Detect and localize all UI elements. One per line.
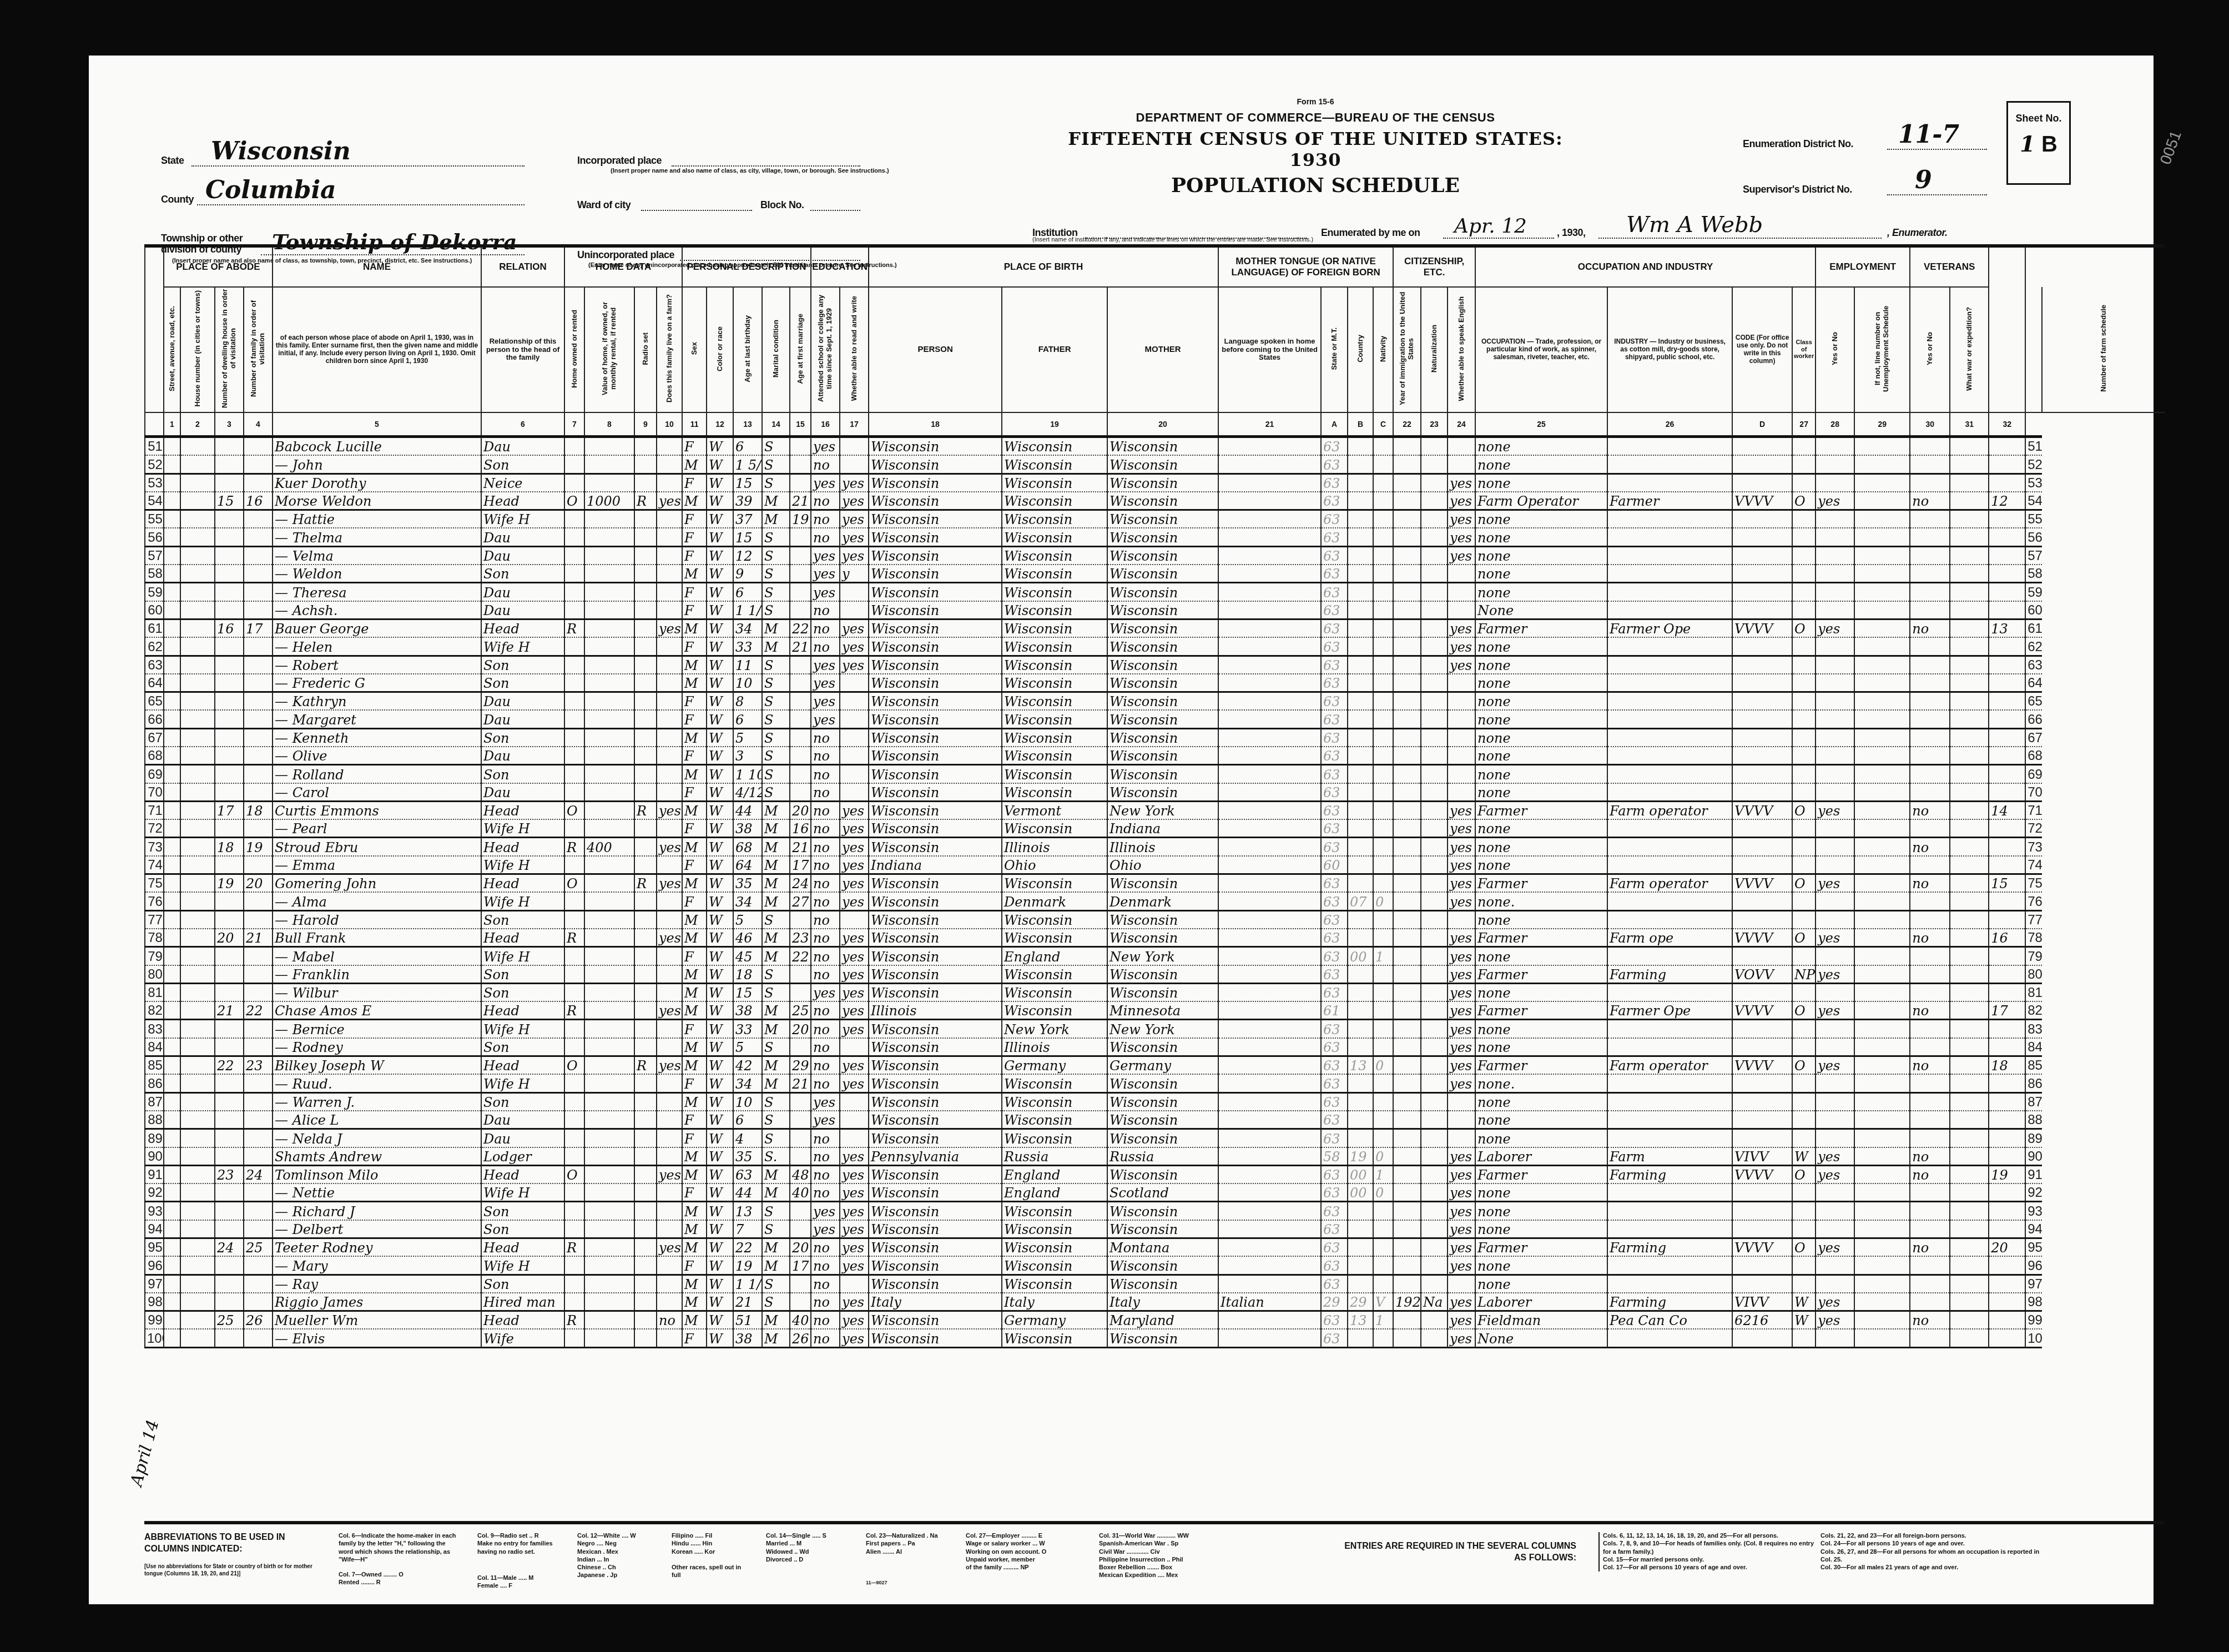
cell-vet [1910, 1275, 1950, 1293]
col-number: 21 [1218, 412, 1321, 437]
col-header-28: Yes or No [1816, 287, 1854, 412]
cell-code-c [1373, 601, 1393, 619]
form-number: Form 15-6 [1066, 97, 1565, 106]
col-number: 6 [481, 412, 564, 437]
cell-code-d [1732, 947, 1792, 965]
col23-note: Col. 23—Naturalized . Na First papers ..… [866, 1532, 938, 1556]
cell-birth: Wisconsin [869, 565, 1002, 583]
table-row: 100— ElvisWifeFW38M26noyesWisconsinWisco… [145, 1329, 2165, 1347]
cell-farm [657, 1202, 682, 1220]
cell-english: yes [1448, 1183, 1475, 1202]
cell-age-marr: 29 [790, 1056, 811, 1075]
table-row: 611617Bauer GeorgeHeadRyesMW34M22noyesWi… [145, 619, 2165, 637]
cell-read: yes [840, 838, 869, 856]
cell-code-c [1373, 1275, 1393, 1293]
cell-name: Babcock Lucille [273, 436, 481, 455]
cell-code-b [1348, 747, 1373, 765]
cell-empty [180, 710, 215, 728]
cell-natur [1421, 747, 1448, 765]
col-header-9: Radio set [634, 287, 657, 412]
cell-race: W [707, 947, 733, 965]
cell-sex: M [682, 1220, 707, 1238]
cell-industry [1607, 910, 1732, 929]
cell-code-b: 00 [1348, 1183, 1373, 1202]
col-header-label: MOTHER [1145, 345, 1181, 354]
cell-mother-birth: New York [1107, 801, 1218, 819]
cell-code-c [1373, 528, 1393, 546]
cell-marital: S [762, 1202, 790, 1220]
cell-name: — Olive [273, 747, 481, 765]
cell-occupation: none [1475, 1092, 1607, 1111]
cell-farm-sched [1989, 983, 2025, 1001]
line-number: 53 [2025, 474, 2042, 492]
cell-family [244, 1256, 273, 1275]
cell-code-c [1373, 1220, 1393, 1238]
cell-lang [1218, 1275, 1321, 1293]
cell-marital: M [762, 1311, 790, 1329]
cell-radio [634, 765, 657, 783]
cell-unemp [1854, 965, 1910, 984]
cell-natur [1421, 601, 1448, 619]
cell-empty [164, 692, 180, 711]
cell-code-b [1348, 819, 1373, 838]
col-number: 29 [1854, 412, 1910, 437]
cell-sex: F [682, 474, 707, 492]
cell-immig [1393, 1183, 1421, 1202]
cell-age: 13 [733, 1202, 762, 1220]
cell-age-marr: 26 [790, 1329, 811, 1347]
cell-code-a: 63 [1321, 929, 1348, 947]
cell-relation: Dau [481, 1111, 564, 1129]
cell-owned [564, 1293, 584, 1311]
cell-immig [1393, 910, 1421, 929]
cell-relation: Dau [481, 747, 564, 765]
cell-farm-sched [1989, 583, 2025, 601]
cell-dwelling [215, 692, 244, 711]
cell-relation: Son [481, 1202, 564, 1220]
cell-natur [1421, 1092, 1448, 1111]
col-number: 2 [180, 412, 215, 437]
cell-code-b [1348, 674, 1373, 692]
cell-vet [1910, 983, 1950, 1001]
col-header-11: Sex [682, 287, 707, 412]
cell-value [584, 1111, 634, 1129]
cell-code-c [1373, 637, 1393, 656]
cell-empty [164, 565, 180, 583]
cell-code-c [1373, 801, 1393, 819]
cell-name: — Thelma [273, 528, 481, 546]
cell-code-b [1348, 436, 1373, 455]
cell-school: no [811, 801, 840, 819]
col-header-label: Age at first marriage [796, 314, 805, 384]
cell-war [1950, 728, 1989, 747]
cell-marital: S [762, 983, 790, 1001]
table-row: 731819Stroud EbruHeadR400yesMW68M21noyes… [145, 838, 2165, 856]
cell-occupation: none [1475, 637, 1607, 656]
cell-owned [564, 1329, 584, 1347]
table-row: 711718Curtis EmmonsHeadORyesMW44M20noyes… [145, 801, 2165, 819]
cell-code-c: 0 [1373, 1056, 1393, 1075]
cell-value [584, 692, 634, 711]
cell-farm [657, 965, 682, 984]
cell-vet [1910, 965, 1950, 984]
cell-farm-sched [1989, 819, 2025, 838]
cell-value [584, 455, 634, 474]
cell-code-c [1373, 838, 1393, 856]
cell-empty [180, 1256, 215, 1275]
cell-age-marr [790, 528, 811, 546]
cell-race: W [707, 1001, 733, 1020]
cell-english [1448, 692, 1475, 711]
line-number: 79 [145, 947, 164, 965]
cell-code-d: VVVV [1732, 1165, 1792, 1183]
cell-natur [1421, 510, 1448, 528]
cell-lang [1218, 1020, 1321, 1038]
cell-dwelling [215, 947, 244, 965]
col-number: C [1373, 412, 1393, 437]
sd-value: 9 [1915, 166, 1932, 194]
cell-code-c [1373, 656, 1393, 674]
cell-value [584, 819, 634, 838]
cell-unemp [1854, 692, 1910, 711]
cell-unemp [1854, 455, 1910, 474]
cell-unemp [1854, 892, 1910, 910]
cell-farm-sched [1989, 910, 2025, 929]
cell-relation: Son [481, 674, 564, 692]
col-header-label: Yes or No [1831, 332, 1839, 365]
cell-natur [1421, 801, 1448, 819]
cell-code-b [1348, 983, 1373, 1001]
cell-empty [180, 474, 215, 492]
enumeration-district-field: Enumeration District No. 11-7 [1743, 117, 1993, 155]
cell-industry: Farming [1607, 1165, 1732, 1183]
cell-unemp [1854, 1183, 1910, 1202]
cell-work [1816, 674, 1854, 692]
cell-value [584, 656, 634, 674]
table-row: 53Kuer DorothyNeiceFW15SyesyesWisconsinW… [145, 474, 2165, 492]
table-row: 58— WeldonSonMW9SyesyWisconsinWisconsinW… [145, 565, 2165, 583]
cell-code-c: 0 [1373, 1147, 1393, 1166]
line-number: 87 [145, 1092, 164, 1111]
cell-war [1950, 1293, 1989, 1311]
cell-code-b [1348, 856, 1373, 874]
cell-empty [164, 619, 180, 637]
cell-age: 34 [733, 892, 762, 910]
cell-school: no [811, 601, 840, 619]
cell-work [1816, 528, 1854, 546]
cell-dwelling: 20 [215, 929, 244, 947]
cell-code-d: VVVV [1732, 874, 1792, 893]
col-header-20: MOTHER [1107, 287, 1218, 412]
cell-sex: F [682, 436, 707, 455]
cell-radio [634, 546, 657, 565]
col-number: 5 [273, 412, 481, 437]
cell-age: 22 [733, 1238, 762, 1257]
cell-birth: Wisconsin [869, 1129, 1002, 1147]
cell-industry: Farm [1607, 1147, 1732, 1166]
cell-read: yes [840, 929, 869, 947]
cell-empty [180, 929, 215, 947]
cell-value [584, 1001, 634, 1020]
cell-dwelling [215, 1020, 244, 1038]
cell-industry [1607, 728, 1732, 747]
cell-work: yes [1816, 1147, 1854, 1166]
cell-marital: M [762, 874, 790, 893]
cell-name: — Kathryn [273, 692, 481, 711]
cell-age-marr [790, 1275, 811, 1293]
cell-family [244, 1183, 273, 1202]
cell-father-birth: Wisconsin [1002, 1092, 1107, 1111]
cell-farm-sched [1989, 783, 2025, 802]
line-number: 64 [145, 674, 164, 692]
cell-race: W [707, 765, 733, 783]
cell-code-c: 1 [1373, 1311, 1393, 1329]
line-number: 70 [145, 783, 164, 802]
cell-occupation: Farmer [1475, 874, 1607, 893]
cell-mother-birth: Wisconsin [1107, 1111, 1218, 1129]
cell-owned [564, 692, 584, 711]
cell-unemp [1854, 1038, 1910, 1056]
cell-code-c [1373, 565, 1393, 583]
cell-class [1792, 546, 1816, 565]
cell-sex: M [682, 1293, 707, 1311]
cell-empty [164, 929, 180, 947]
cell-value [584, 546, 634, 565]
cell-english: yes [1448, 983, 1475, 1001]
cell-father-birth: Wisconsin [1002, 710, 1107, 728]
cell-industry: Farm operator [1607, 874, 1732, 893]
col-header-C: Nativity [1373, 287, 1393, 412]
cell-name: Chase Amos E [273, 1001, 481, 1020]
table-row: 90Shamts AndrewLodgerMW35S.noyesPennsylv… [145, 1147, 2165, 1166]
cell-industry [1607, 510, 1732, 528]
cell-owned [564, 455, 584, 474]
cell-read [840, 783, 869, 802]
instructions-footer: ABBREVIATIONS TO BE USED IN COLUMNS INDI… [144, 1521, 2165, 1596]
cell-farm-sched [1989, 1111, 2025, 1129]
cell-read: yes [840, 1329, 869, 1347]
cell-sex: M [682, 492, 707, 510]
cell-code-a: 63 [1321, 674, 1348, 692]
cell-father-birth: Wisconsin [1002, 528, 1107, 546]
sheet-number: 1 [2020, 131, 2035, 157]
cell-war [1950, 1111, 1989, 1129]
cell-class [1792, 1275, 1816, 1293]
cell-age: 38 [733, 1001, 762, 1020]
cell-school: no [811, 1183, 840, 1202]
cell-sex: F [682, 1111, 707, 1129]
cell-value [584, 1202, 634, 1220]
cell-english [1448, 583, 1475, 601]
cell-father-birth: Wisconsin [1002, 1074, 1107, 1092]
cell-occupation: none [1475, 674, 1607, 692]
cell-work [1816, 838, 1854, 856]
cell-family [244, 546, 273, 565]
cell-value [584, 1311, 634, 1329]
line-number: 60 [2025, 601, 2042, 619]
cell-sex: M [682, 838, 707, 856]
cell-family [244, 565, 273, 583]
cell-age-marr: 40 [790, 1311, 811, 1329]
cell-class: O [1792, 619, 1816, 637]
cell-natur [1421, 1275, 1448, 1293]
table-row: 952425Teeter RodneyHeadRyesMW22M20noyesW… [145, 1238, 2165, 1257]
cell-immig [1393, 492, 1421, 510]
cell-farm: yes [657, 1238, 682, 1257]
cell-dwelling [215, 474, 244, 492]
county-field: County Columbia [161, 172, 594, 211]
side-stamp: 0051 [2156, 128, 2185, 167]
cell-family: 17 [244, 619, 273, 637]
cell-work [1816, 1074, 1854, 1092]
cell-marital: M [762, 1238, 790, 1257]
group-employment: EMPLOYMENT [1816, 248, 1910, 287]
cell-dwelling [215, 1275, 244, 1293]
cell-birth: Wisconsin [869, 583, 1002, 601]
cell-mother-birth: Wisconsin [1107, 492, 1218, 510]
cell-sex: F [682, 637, 707, 656]
cell-code-d [1732, 1183, 1792, 1202]
cell-age: 51 [733, 1311, 762, 1329]
cell-value [584, 783, 634, 802]
cell-war [1950, 856, 1989, 874]
cell-farm: yes [657, 838, 682, 856]
cell-code-d [1732, 1256, 1792, 1275]
cell-owned: O [564, 492, 584, 510]
cell-owned [564, 436, 584, 455]
cell-code-d [1732, 1020, 1792, 1038]
cell-age: 38 [733, 819, 762, 838]
cell-vet: no [1910, 874, 1950, 893]
cell-english: yes [1448, 1293, 1475, 1311]
cell-empty [164, 1238, 180, 1257]
enumeration-line: Institution (Insert name of institution,… [1032, 211, 2009, 244]
cell-age: 34 [733, 619, 762, 637]
cell-occupation: none [1475, 528, 1607, 546]
cell-occupation: none [1475, 819, 1607, 838]
cell-work: yes [1816, 1165, 1854, 1183]
cell-occupation: none [1475, 546, 1607, 565]
cell-english [1448, 674, 1475, 692]
cell-farm [657, 1092, 682, 1111]
cell-industry [1607, 674, 1732, 692]
cell-value [584, 892, 634, 910]
cell-immig [1393, 637, 1421, 656]
cell-work [1816, 546, 1854, 565]
cell-age: 10 [733, 674, 762, 692]
cell-code-d [1732, 692, 1792, 711]
cell-father-birth: Wisconsin [1002, 965, 1107, 984]
cell-radio [634, 637, 657, 656]
col12b-note: Filipino ..... Fil Hindu ...... Hin Kore… [672, 1532, 744, 1580]
cell-empty [180, 838, 215, 856]
cell-sex: M [682, 674, 707, 692]
cell-farm-sched [1989, 692, 2025, 711]
cell-unemp [1854, 1165, 1910, 1183]
cell-age-marr: 24 [790, 874, 811, 893]
col-header-label: Language spoken in home before coming to… [1222, 337, 1318, 362]
cell-class [1792, 1329, 1816, 1347]
cell-farm-sched [1989, 546, 2025, 565]
cell-father-birth: Ohio [1002, 856, 1107, 874]
cell-value [584, 728, 634, 747]
cell-class [1792, 983, 1816, 1001]
cell-work [1816, 656, 1854, 674]
cell-family [244, 436, 273, 455]
cell-unemp [1854, 436, 1910, 455]
cell-lang [1218, 1129, 1321, 1147]
cell-owned [564, 819, 584, 838]
cell-radio [634, 1092, 657, 1111]
cell-code-c [1373, 1038, 1393, 1056]
cell-read: yes [840, 1220, 869, 1238]
cell-immig [1393, 1202, 1421, 1220]
cell-code-a: 63 [1321, 656, 1348, 674]
cell-farm-sched [1989, 1202, 2025, 1220]
cell-read [840, 765, 869, 783]
cell-empty [164, 1092, 180, 1111]
cell-age-marr [790, 455, 811, 474]
cell-value [584, 510, 634, 528]
table-row: 852223Bilkey Joseph WHeadORyesMW42M29noy… [145, 1056, 2165, 1075]
line-number: 58 [145, 565, 164, 583]
cell-school: no [811, 619, 840, 637]
cell-code-a: 63 [1321, 728, 1348, 747]
cell-immig [1393, 765, 1421, 783]
cell-owned [564, 656, 584, 674]
cell-farm-sched [1989, 892, 2025, 910]
cell-natur [1421, 546, 1448, 565]
cell-school: no [811, 492, 840, 510]
col-number: 14 [762, 412, 790, 437]
cell-immig [1393, 1238, 1421, 1257]
cell-mother-birth: Wisconsin [1107, 1202, 1218, 1220]
cell-school: yes [811, 674, 840, 692]
line-number: 73 [145, 838, 164, 856]
cell-war [1950, 747, 1989, 765]
cell-name: — Ray [273, 1275, 481, 1293]
cell-farm: yes [657, 619, 682, 637]
cell-immig [1393, 656, 1421, 674]
cell-work [1816, 710, 1854, 728]
cell-code-c [1373, 436, 1393, 455]
cell-radio [634, 1147, 657, 1166]
cell-owned [564, 965, 584, 984]
cell-war [1950, 1311, 1989, 1329]
cell-value [584, 801, 634, 819]
line-number: 63 [145, 656, 164, 674]
cell-class [1792, 1092, 1816, 1111]
cell-code-a: 63 [1321, 1165, 1348, 1183]
cell-race: W [707, 1147, 733, 1166]
cell-age: 63 [733, 1165, 762, 1183]
line-number: 75 [145, 874, 164, 893]
cell-age: 34 [733, 1074, 762, 1092]
cell-farm [657, 674, 682, 692]
cell-farm-sched [1989, 1092, 2025, 1111]
cell-sex: F [682, 1074, 707, 1092]
cell-unemp [1854, 1238, 1910, 1257]
cell-family: 20 [244, 874, 273, 893]
cell-immig [1393, 801, 1421, 819]
cell-school: yes [811, 583, 840, 601]
cell-marital: S [762, 455, 790, 474]
cell-occupation: none [1475, 436, 1607, 455]
cell-name: — Mabel [273, 947, 481, 965]
cell-code-d [1732, 765, 1792, 783]
cell-farm [657, 983, 682, 1001]
cell-farm [657, 819, 682, 838]
